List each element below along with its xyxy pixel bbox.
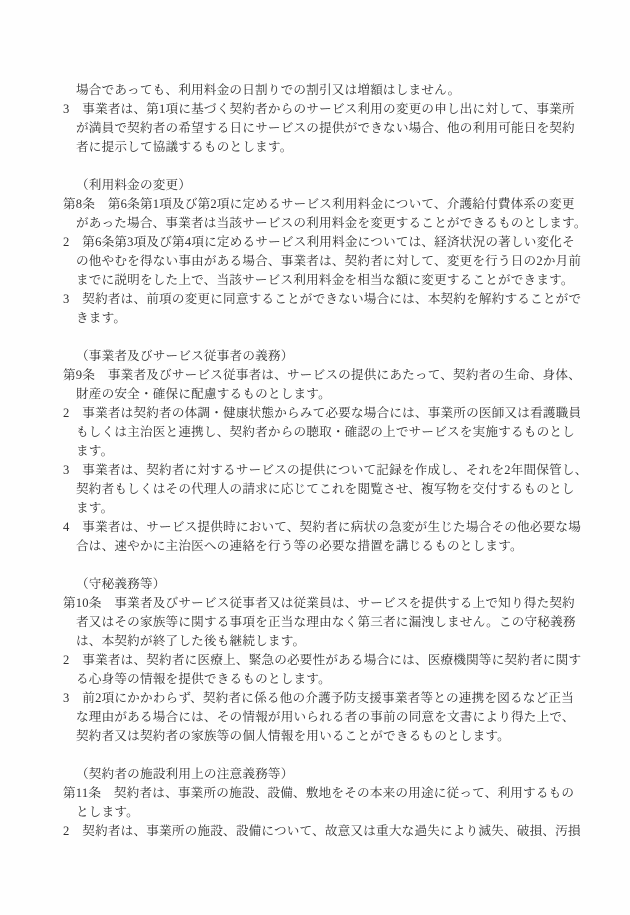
text-line: 2 契約者は、事業所の施設、設備について、故意又は重大な過失により滅失、破損、汚… [63, 822, 568, 841]
numbered-clause: 3 事業者は、第1項に基づく契約者からのサービス利用の変更の申し出に対して、事業… [63, 100, 568, 157]
numbered-clause: 3 契約者は、前項の変更に同意することができない場合には、本契約を解約することが… [63, 290, 568, 328]
article-clause: 第10条 事業者及びサービス従事者又は従業員は、サービスを提供する上で知り得た契… [63, 594, 568, 651]
numbered-clause: 3 事業者は、契約者に対するサービスの提供について記録を作成し、それを2年間保管… [63, 461, 568, 518]
text-line: 者又はその家族等に関する事項を正当な理由なく第三者に漏洩しません。この守秘義務 [63, 613, 568, 632]
blank-line [63, 746, 568, 765]
text-line: までに説明をした上で、当該サービス利用料金を相当な額に変更することができます。 [63, 271, 568, 290]
text-line: 契約者又は契約者の家族等の個人情報を用いることができるものとします。 [63, 727, 568, 746]
blank-line [63, 328, 568, 347]
blank-line [63, 746, 568, 765]
text-line: （事業者及びサービス従事者の義務） [63, 347, 568, 366]
numbered-clause: 4 事業者は、サービス提供時において、契約者に病状の急変が生じた場合その他必要な… [63, 518, 568, 556]
article-clause: 第8条 第6条第1項及び第2項に定めるサービス利用料金について、介護給付費体系の… [63, 195, 568, 233]
text-line: 第11条 契約者は、事業所の施設、設備、敷地をその本来の用途に従って、利用するも… [63, 784, 568, 803]
text-line: ます。 [63, 499, 568, 518]
text-line: 合は、速やかに主治医への連絡を行う等の必要な措置を講じるものとします。 [63, 537, 568, 556]
text-line: ます。 [63, 442, 568, 461]
blank-line [63, 157, 568, 176]
text-line: もしくは主治医と連携し、契約者からの聴取・確認の上でサービスを実施するものとし [63, 423, 568, 442]
numbered-clause: 2 第6条第3項及び第4項に定めるサービス利用料金については、経済状況の著しい変… [63, 233, 568, 290]
numbered-clause: 2 事業者は、契約者に医療上、緊急の必要性がある場合には、医療機関等に契約者に関… [63, 651, 568, 689]
text-line: な理由がある場合には、その情報が用いられる者の事前の同意を文書により得た上で、 [63, 708, 568, 727]
text-line: 第8条 第6条第1項及び第2項に定めるサービス利用料金について、介護給付費体系の… [63, 195, 568, 214]
paragraph-continuation: 場合であっても、利用料金の日割りでの割引又は増額はしません。 [63, 81, 568, 100]
text-line: る心身等の情報を提供できるものとします。 [63, 670, 568, 689]
blank-line [63, 556, 568, 575]
text-line: きます。 [63, 309, 568, 328]
blank-line [63, 157, 568, 176]
text-line: 第9条 事業者及びサービス従事者は、サービスの提供にあたって、契約者の生命、身体… [63, 366, 568, 385]
article-clause: 第11条 契約者は、事業所の施設、設備、敷地をその本来の用途に従って、利用するも… [63, 784, 568, 822]
section-heading: （契約者の施設利用上の注意義務等） [63, 765, 568, 784]
blank-line [63, 556, 568, 575]
text-line: 3 事業者は、契約者に対するサービスの提供について記録を作成し、それを2年間保管… [63, 461, 568, 480]
document-body-text: 場合であっても、利用料金の日割りでの割引又は増額はしません。3 事業者は、第1項… [63, 81, 568, 841]
text-line: の他やむを得ない事由がある場合、事業者は、契約者に対して、変更を行う日の2か月前 [63, 252, 568, 271]
text-line: 者に提示して協議するものとします。 [63, 138, 568, 157]
text-line: 3 事業者は、第1項に基づく契約者からのサービス利用の変更の申し出に対して、事業… [63, 100, 568, 119]
text-line: 4 事業者は、サービス提供時において、契約者に病状の急変が生じた場合その他必要な… [63, 518, 568, 537]
article-clause: 第9条 事業者及びサービス従事者は、サービスの提供にあたって、契約者の生命、身体… [63, 366, 568, 404]
text-line: （守秘義務等） [63, 575, 568, 594]
numbered-clause: 3 前2項にかかわらず、契約者に係る他の介護予防支援事業者等との連携を図るなど正… [63, 689, 568, 746]
text-line: 3 前2項にかかわらず、契約者に係る他の介護予防支援事業者等との連携を図るなど正… [63, 689, 568, 708]
text-line: （利用料金の変更） [63, 176, 568, 195]
text-line: があった場合、事業者は当該サービスの利用料金を変更することができるものとします。 [63, 214, 568, 233]
section-heading: （事業者及びサービス従事者の義務） [63, 347, 568, 366]
text-line: とします。 [63, 803, 568, 822]
numbered-clause: 2 契約者は、事業所の施設、設備について、故意又は重大な過失により滅失、破損、汚… [63, 822, 568, 841]
text-line: 場合であっても、利用料金の日割りでの割引又は増額はしません。 [63, 81, 568, 100]
text-line: 3 契約者は、前項の変更に同意することができない場合には、本契約を解約することが… [63, 290, 568, 309]
text-line: が満員で契約者の希望する日にサービスの提供ができない場合、他の利用可能日を契約 [63, 119, 568, 138]
text-line: （契約者の施設利用上の注意義務等） [63, 765, 568, 784]
blank-line [63, 328, 568, 347]
text-line: 財産の安全・確保に配慮するものとします。 [63, 385, 568, 404]
section-heading: （守秘義務等） [63, 575, 568, 594]
text-line: 第10条 事業者及びサービス従事者又は従業員は、サービスを提供する上で知り得た契… [63, 594, 568, 613]
text-line: 契約者もしくはその代理人の請求に応じてこれを閲覧させ、複写物を交付するものとし [63, 480, 568, 499]
text-line: は、本契約が終了した後も継続します。 [63, 632, 568, 651]
numbered-clause: 2 事業者は契約者の体調・健康状態からみて必要な場合には、事業所の医師又は看護職… [63, 404, 568, 461]
section-heading: （利用料金の変更） [63, 176, 568, 195]
text-line: 2 第6条第3項及び第4項に定めるサービス利用料金については、経済状況の著しい変… [63, 233, 568, 252]
text-line: 2 事業者は契約者の体調・健康状態からみて必要な場合には、事業所の医師又は看護職… [63, 404, 568, 423]
text-line: 2 事業者は、契約者に医療上、緊急の必要性がある場合には、医療機関等に契約者に関… [63, 651, 568, 670]
contract-document-page: 場合であっても、利用料金の日割りでの割引又は増額はしません。3 事業者は、第1項… [0, 0, 630, 915]
